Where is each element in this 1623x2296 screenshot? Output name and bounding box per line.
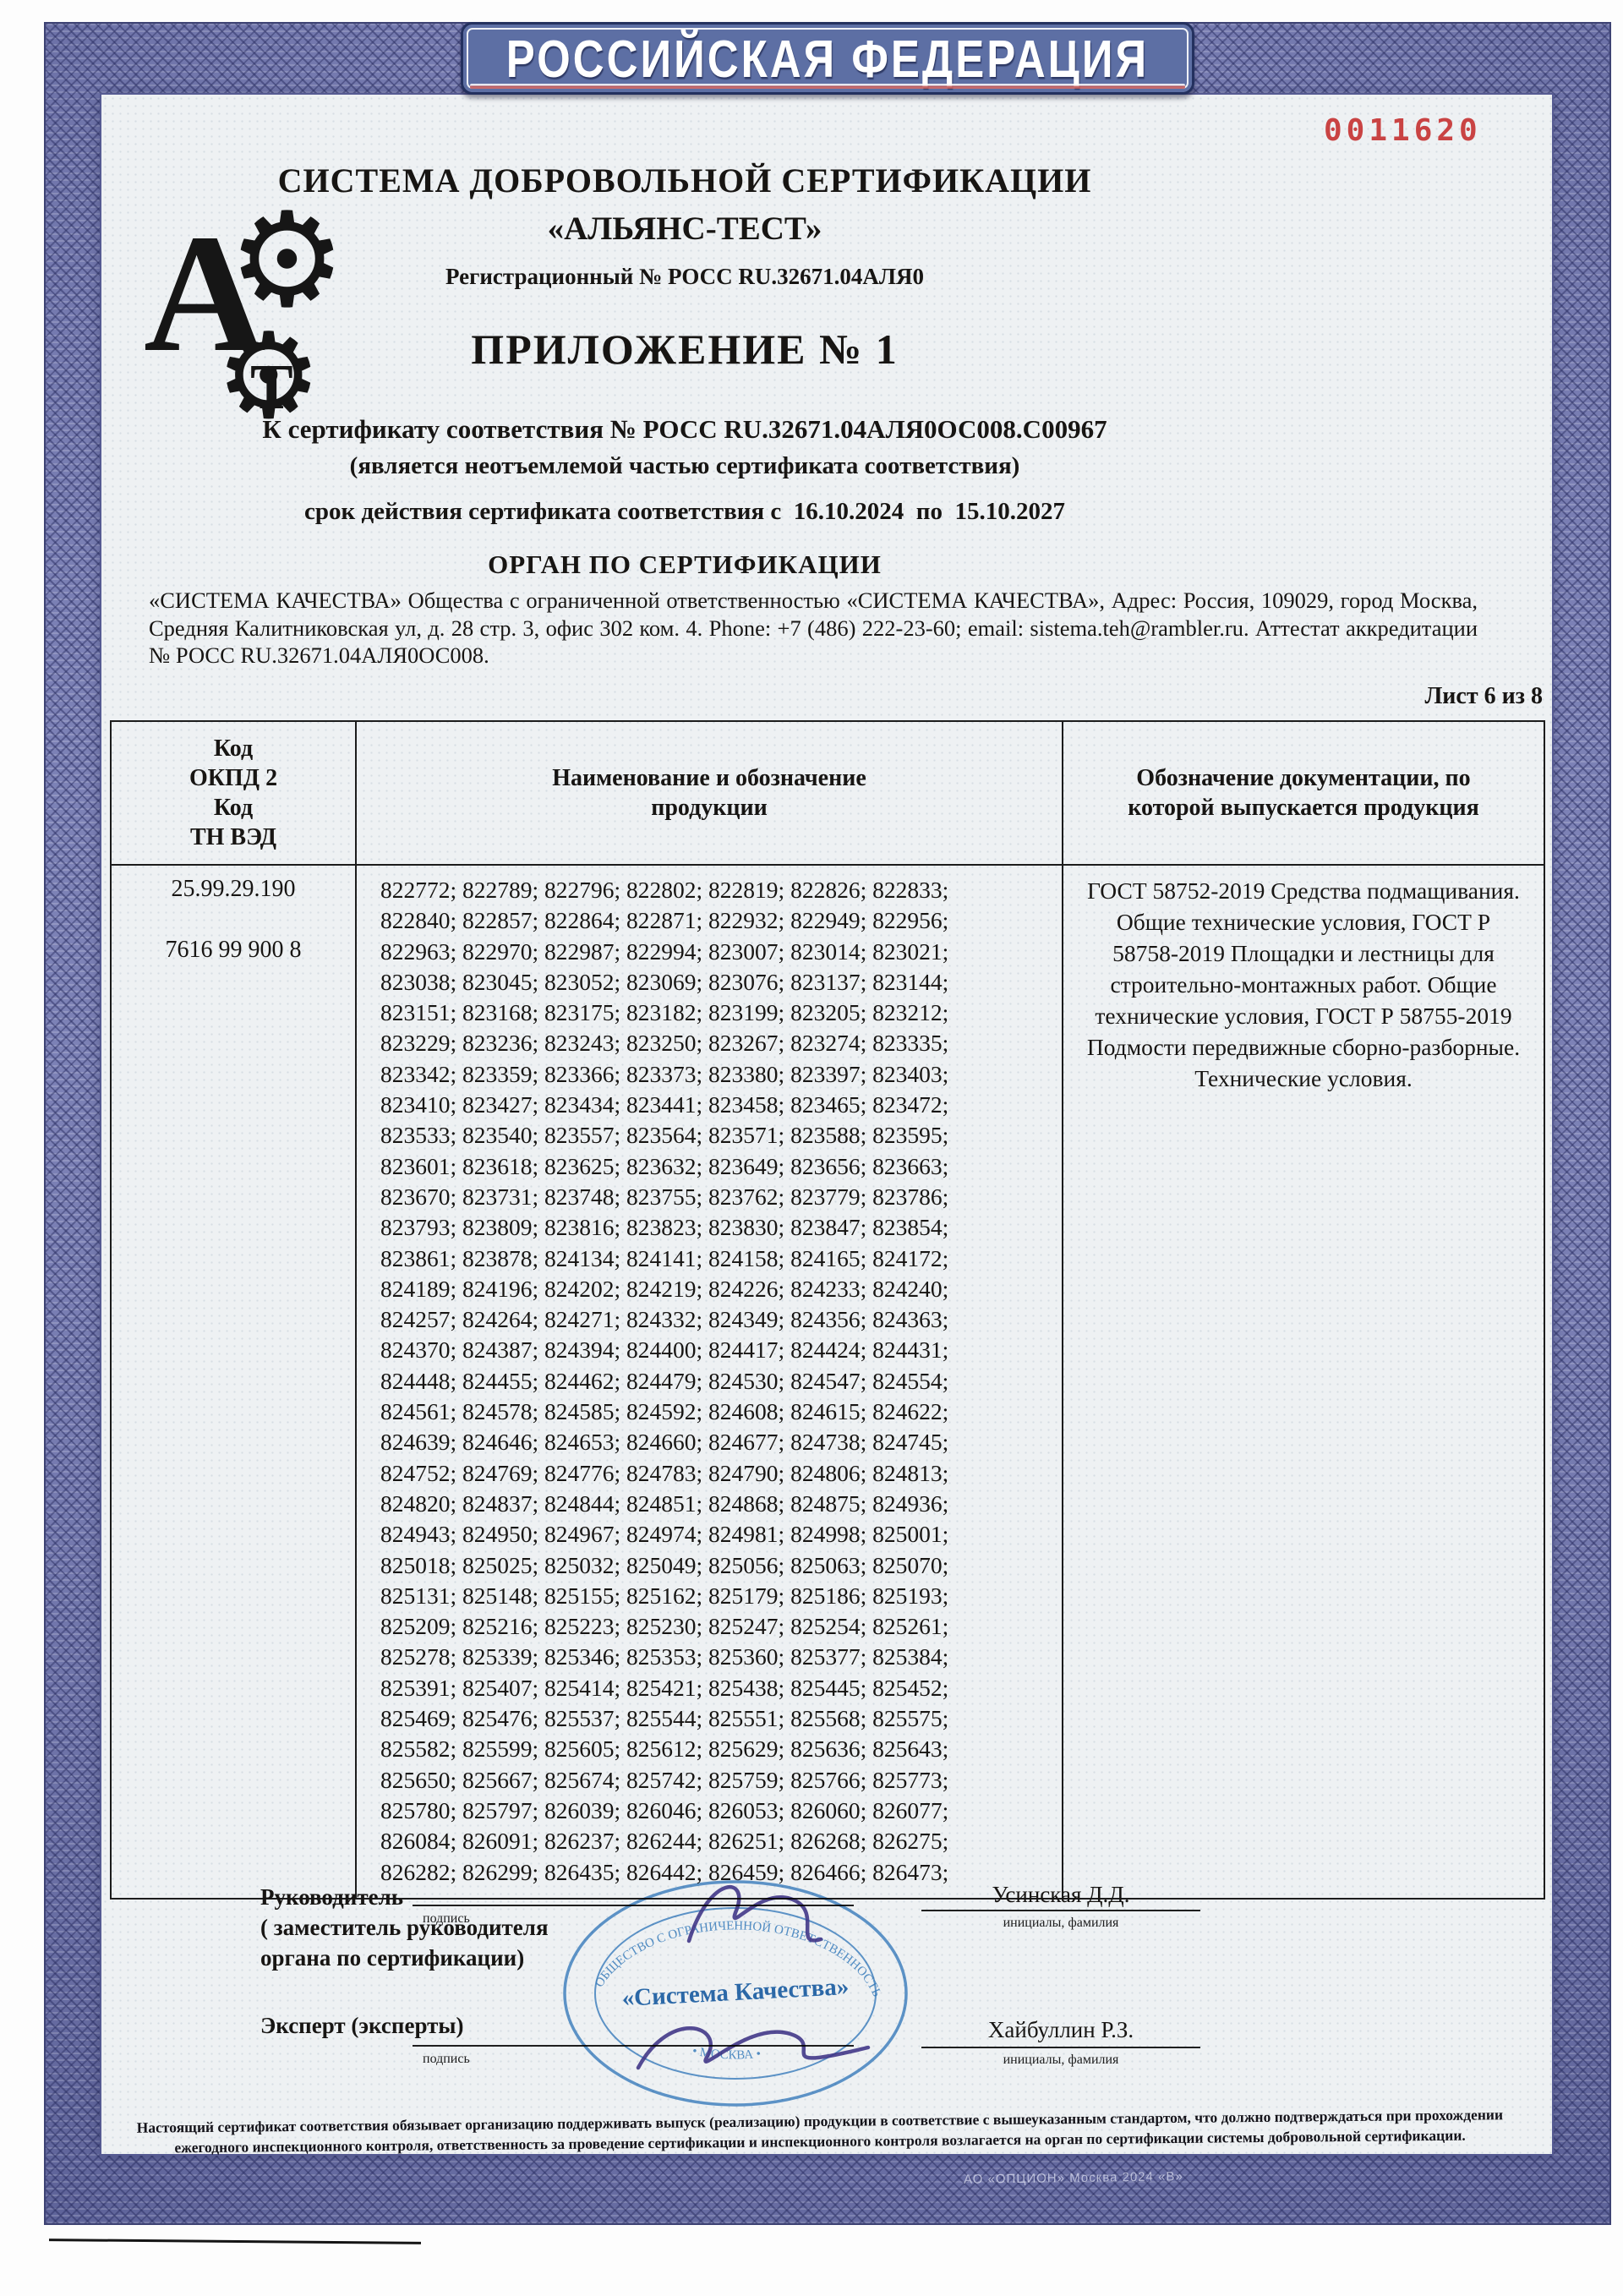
product-line: 824448; 824455; 824462; 824479; 824530; … <box>380 1366 1062 1397</box>
codes-cell: 25.99.29.190 7616 99 900 8 <box>111 865 356 1899</box>
product-line: 824820; 824837; 824844; 824851; 824868; … <box>380 1489 1062 1519</box>
product-line: 823861; 823878; 824134; 824141; 824158; … <box>380 1244 1062 1274</box>
leader-label-line: органа по сертификации) <box>260 1943 549 1973</box>
product-line: 825469; 825476; 825537; 825544; 825551; … <box>380 1703 1062 1734</box>
product-line: 822963; 822970; 822987; 822994; 823007; … <box>380 937 1062 967</box>
scan-artifact-line <box>49 2239 421 2244</box>
product-line: 824943; 824950; 824967; 824974; 824981; … <box>380 1519 1062 1550</box>
product-line: 826084; 826091; 826237; 826244; 826251; … <box>380 1826 1062 1856</box>
product-line: 825780; 825797; 826039; 826046; 826053; … <box>380 1796 1062 1826</box>
product-line: 825131; 825148; 825155; 825162; 825179; … <box>380 1581 1062 1611</box>
federation-banner-label: РОССИЙСКАЯ ФЕДЕРАЦИЯ <box>506 28 1149 89</box>
certification-body-heading: ОРГАН ПО СЕРТИФИКАЦИИ <box>0 549 1369 580</box>
documentation-cell: ГОСТ 58752-2019 Средства подмащивания. О… <box>1063 865 1544 1899</box>
tnved-code: 7616 99 900 8 <box>112 937 354 964</box>
stamp-center-text: «Система Качества» <box>621 1973 850 2012</box>
col-header-codes: КодОКПД 2КодТН ВЭД <box>111 721 356 865</box>
col-header-documentation: Обозначение документации, покоторой выпу… <box>1063 721 1544 865</box>
product-line: 825209; 825216; 825223; 825230; 825247; … <box>380 1611 1062 1642</box>
product-line: 823342; 823359; 823366; 823373; 823380; … <box>380 1059 1062 1090</box>
header-line: Наименование и обозначение <box>365 763 1053 793</box>
product-line: 824639; 824646; 824653; 824660; 824677; … <box>380 1427 1062 1457</box>
product-line: 825650; 825667; 825674; 825742; 825759; … <box>380 1765 1062 1796</box>
product-line: 823533; 823540; 823557; 823564; 823571; … <box>380 1120 1062 1151</box>
product-line: 822840; 822857; 822864; 822871; 822932; … <box>380 905 1062 936</box>
header-line: которой выпускается продукция <box>1072 793 1535 823</box>
validity-period-line: срок действия сертификата соответствия с… <box>0 498 1369 526</box>
leader-label: Руководитель( заместитель руководителяор… <box>260 1882 549 1973</box>
okpd2-code: 25.99.29.190 <box>112 876 354 903</box>
product-line: 824257; 824264; 824271; 824332; 824349; … <box>380 1304 1062 1335</box>
product-line: 825582; 825599; 825605; 825612; 825629; … <box>380 1734 1062 1764</box>
product-line: 823793; 823809; 823816; 823823; 823830; … <box>380 1212 1062 1243</box>
stamp-bottom-text: • МОСКВА • <box>691 2044 762 2062</box>
leader-name: Усинская Д.Д. <box>921 1882 1200 1908</box>
product-line: 825278; 825339; 825346; 825353; 825360; … <box>380 1642 1062 1672</box>
product-line: 825391; 825407; 825414; 825421; 825438; … <box>380 1673 1062 1703</box>
header-line: продукции <box>365 793 1053 823</box>
name-line <box>921 2047 1200 2048</box>
alliance-test-logo: А ⚙ ⚙ Т <box>144 210 355 451</box>
certificate-page: РОССИЙСКАЯ ФЕДЕРАЦИЯ 0011620 А ⚙ ⚙ Т СИС… <box>0 0 1623 2296</box>
gear-icon: ⚙ <box>228 194 346 325</box>
certification-body-paragraph: «СИСТЕМА КАЧЕСТВА» Общества с ограниченн… <box>149 587 1478 670</box>
header-line: Обозначение документации, по <box>1072 763 1535 793</box>
integral-part-line: (является неотъемлемой частью сертификат… <box>0 452 1369 480</box>
table-header-row: КодОКПД 2КодТН ВЭД Наименование и обозна… <box>111 721 1544 865</box>
name-caption: инициалы, фамилия <box>921 1916 1200 1931</box>
expert-label: Эксперт (эксперты) <box>260 2010 463 2041</box>
header-line: ОКПД 2 <box>120 763 347 793</box>
product-line: 825018; 825025; 825032; 825049; 825056; … <box>380 1550 1062 1581</box>
serial-number: 0011620 <box>1324 113 1482 148</box>
product-line: 824189; 824196; 824202; 824219; 824226; … <box>380 1274 1062 1304</box>
product-line: 823670; 823731; 823748; 823755; 823762; … <box>380 1182 1062 1212</box>
federation-banner: РОССИЙСКАЯ ФЕДЕРАЦИЯ <box>461 22 1194 95</box>
round-stamp: ОБЩЕСТВО С ОГРАНИЧЕННОЙ ОТВЕТСТВЕННОСТЬЮ… <box>537 1867 934 2120</box>
product-line: 824561; 824578; 824585; 824592; 824608; … <box>380 1397 1062 1427</box>
col-header-product: Наименование и обозначениепродукции <box>356 721 1063 865</box>
product-table: КодОКПД 2КодТН ВЭД Наименование и обозна… <box>110 720 1545 1900</box>
product-line: 823229; 823236; 823243; 823250; 823267; … <box>380 1028 1062 1058</box>
product-numbers-cell: 822772; 822789; 822796; 822802; 822819; … <box>356 865 1063 1899</box>
printer-mark: АО «ОПЦИОН» Москва 2024 «В» <box>964 2169 1183 2187</box>
product-line: 823151; 823168; 823175; 823182; 823199; … <box>380 998 1062 1028</box>
name-line <box>921 1910 1200 1911</box>
header-line: ТН ВЭД <box>120 823 347 852</box>
product-line: 824752; 824769; 824776; 824783; 824790; … <box>380 1458 1062 1489</box>
table-row: 25.99.29.190 7616 99 900 8 822772; 82278… <box>111 865 1544 1899</box>
name-caption: инициалы, фамилия <box>921 2053 1200 2068</box>
product-line: 824370; 824387; 824394; 824400; 824417; … <box>380 1335 1062 1365</box>
leader-label-line: Руководитель <box>260 1882 549 1912</box>
header-line: Код <box>120 734 347 763</box>
expert-name: Хайбуллин Р.З. <box>921 2017 1200 2043</box>
product-line: 823601; 823618; 823625; 823632; 823649; … <box>380 1151 1062 1182</box>
system-title-line1: СИСТЕМА ДОБРОВОЛЬНОЙ СЕРТИФИКАЦИИ <box>0 161 1369 200</box>
product-line: 823410; 823427; 823434; 823441; 823458; … <box>380 1090 1062 1120</box>
sheet-number-label: Лист 6 из 8 <box>1260 683 1543 710</box>
logo-letter-t: Т <box>250 355 293 419</box>
header-line: Код <box>120 793 347 823</box>
product-line: 822772; 822789; 822796; 822802; 822819; … <box>380 875 1062 905</box>
product-line: 823038; 823045; 823052; 823069; 823076; … <box>380 967 1062 998</box>
